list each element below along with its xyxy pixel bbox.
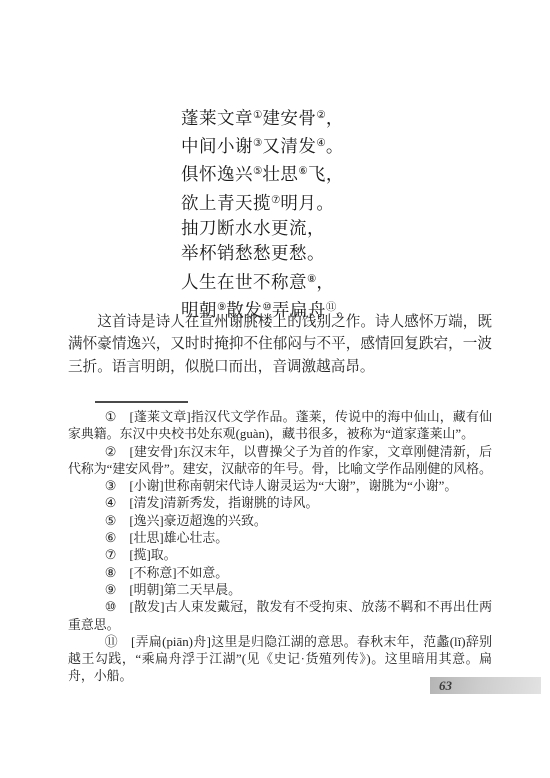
page-number-bar: 63 xyxy=(430,677,541,694)
footnote-text: [清发]清新秀发，指谢朓的诗风。 xyxy=(129,496,318,510)
note-ref: ⑦ xyxy=(271,195,280,206)
poem-line: 人生在世不称意⑧， xyxy=(181,267,354,295)
footnote-number: ② xyxy=(105,445,117,459)
note-ref: ② xyxy=(316,110,325,121)
footnote-item: ⑧[不称意]不如意。 xyxy=(68,565,492,582)
footnote-text: [壮思]雄心壮志。 xyxy=(129,531,228,545)
footnote-text: [明朝]第二天早晨。 xyxy=(129,583,241,597)
footnote-item: ④[清发]清新秀发，指谢朓的诗风。 xyxy=(68,495,492,512)
footnote-item: ⑤[逸兴]豪迈超逸的兴致。 xyxy=(68,513,492,530)
book-page: 蓬莱文章①建安骨②，中间小谢③又清发④。俱怀逸兴⑤壮思⑥飞，欲上青天揽⑦明月。抽… xyxy=(0,0,550,778)
footnote-number: ① xyxy=(105,410,117,424)
footnote-item: ⑩[散发]古人束发戴冠，散发有不受拘束、放荡不羁和不再出仕两重意思。 xyxy=(68,599,492,634)
poem-line: 举杯销愁愁更愁。 xyxy=(181,241,354,266)
footnote-text: [蓬莱文章]指汉代文学作品。蓬莱，传说中的海中仙山，藏有仙家典籍。东汉中央校书处… xyxy=(68,410,492,441)
footnote-text: [不称意]不如意。 xyxy=(129,566,228,580)
poem-line: 蓬莱文章①建安骨②， xyxy=(181,103,354,131)
footnote-text: [揽]取。 xyxy=(129,548,176,562)
footnote-number: ⑥ xyxy=(105,531,117,545)
footnote-text: [小谢]世称南朝宋代诗人谢灵运为“大谢”，谢朓为“小谢”。 xyxy=(129,479,457,493)
note-ref: ④ xyxy=(316,138,325,149)
footnotes: ①[蓬莱文章]指汉代文学作品。蓬莱，传说中的海中仙山，藏有仙家典籍。东汉中央校书… xyxy=(68,409,492,686)
poem-line: 欲上青天揽⑦明月。 xyxy=(181,188,354,216)
footnote-item: ⑦[揽]取。 xyxy=(68,547,492,564)
footnote-number: ⑪ xyxy=(105,635,118,649)
poem-line: 俱怀逸兴⑤壮思⑥飞， xyxy=(181,159,354,187)
footnote-item: ③[小谢]世称南朝宋代诗人谢灵运为“大谢”，谢朓为“小谢”。 xyxy=(68,478,492,495)
poem-line: 抽刀断水水更流， xyxy=(181,216,354,241)
poem: 蓬莱文章①建安骨②，中间小谢③又清发④。俱怀逸兴⑤壮思⑥飞，欲上青天揽⑦明月。抽… xyxy=(181,103,354,323)
page-number: 63 xyxy=(430,677,452,694)
footnote-item: ②[建安骨]东汉末年，以曹操父子为首的作家，文章刚健清新，后代称为“建安风骨”。… xyxy=(68,444,492,479)
note-ref: ⑤ xyxy=(253,166,262,177)
footnote-item: ①[蓬莱文章]指汉代文学作品。蓬莱，传说中的海中仙山，藏有仙家典籍。东汉中央校书… xyxy=(68,409,492,444)
footnote-text: [散发]古人束发戴冠，散发有不受拘束、放荡不羁和不再出仕两重意思。 xyxy=(68,600,492,631)
note-ref: ③ xyxy=(253,138,262,149)
footnote-text: [建安骨]东汉末年，以曹操父子为首的作家，文章刚健清新，后代称为“建安风骨”。建… xyxy=(68,445,492,476)
footnote-number: ⑨ xyxy=(105,583,117,597)
footnote-separator xyxy=(95,401,188,403)
note-ref: ① xyxy=(253,110,262,121)
poem-line: 中间小谢③又清发④。 xyxy=(181,131,354,159)
footnote-number: ⑦ xyxy=(105,548,117,562)
commentary-paragraph: 这首诗是诗人在宣州谢朓楼上的饯别之作。诗人感怀万端，既满怀豪情逸兴，又时时掩抑不… xyxy=(68,311,492,378)
footnote-item: ⑥[壮思]雄心壮志。 xyxy=(68,530,492,547)
note-ref: ⑧ xyxy=(307,274,316,285)
footnote-item: ⑨[明朝]第二天早晨。 xyxy=(68,582,492,599)
footnote-number: ⑩ xyxy=(105,600,117,614)
note-ref: ⑥ xyxy=(298,166,307,177)
footnote-number: ⑤ xyxy=(105,514,117,528)
footnote-number: ③ xyxy=(105,479,117,493)
footnote-item: ⑪[弄扁(piān)舟]这里是归隐江湖的意思。春秋末年，范蠡(lǐ)辞别越王勾践… xyxy=(68,634,492,686)
footnote-text: [逸兴]豪迈超逸的兴致。 xyxy=(129,514,267,528)
footnote-number: ⑧ xyxy=(105,566,117,580)
footnote-number: ④ xyxy=(105,496,117,510)
footnote-text: [弄扁(piān)舟]这里是归隐江湖的意思。春秋末年，范蠡(lǐ)辞别越王勾践，… xyxy=(68,635,492,684)
